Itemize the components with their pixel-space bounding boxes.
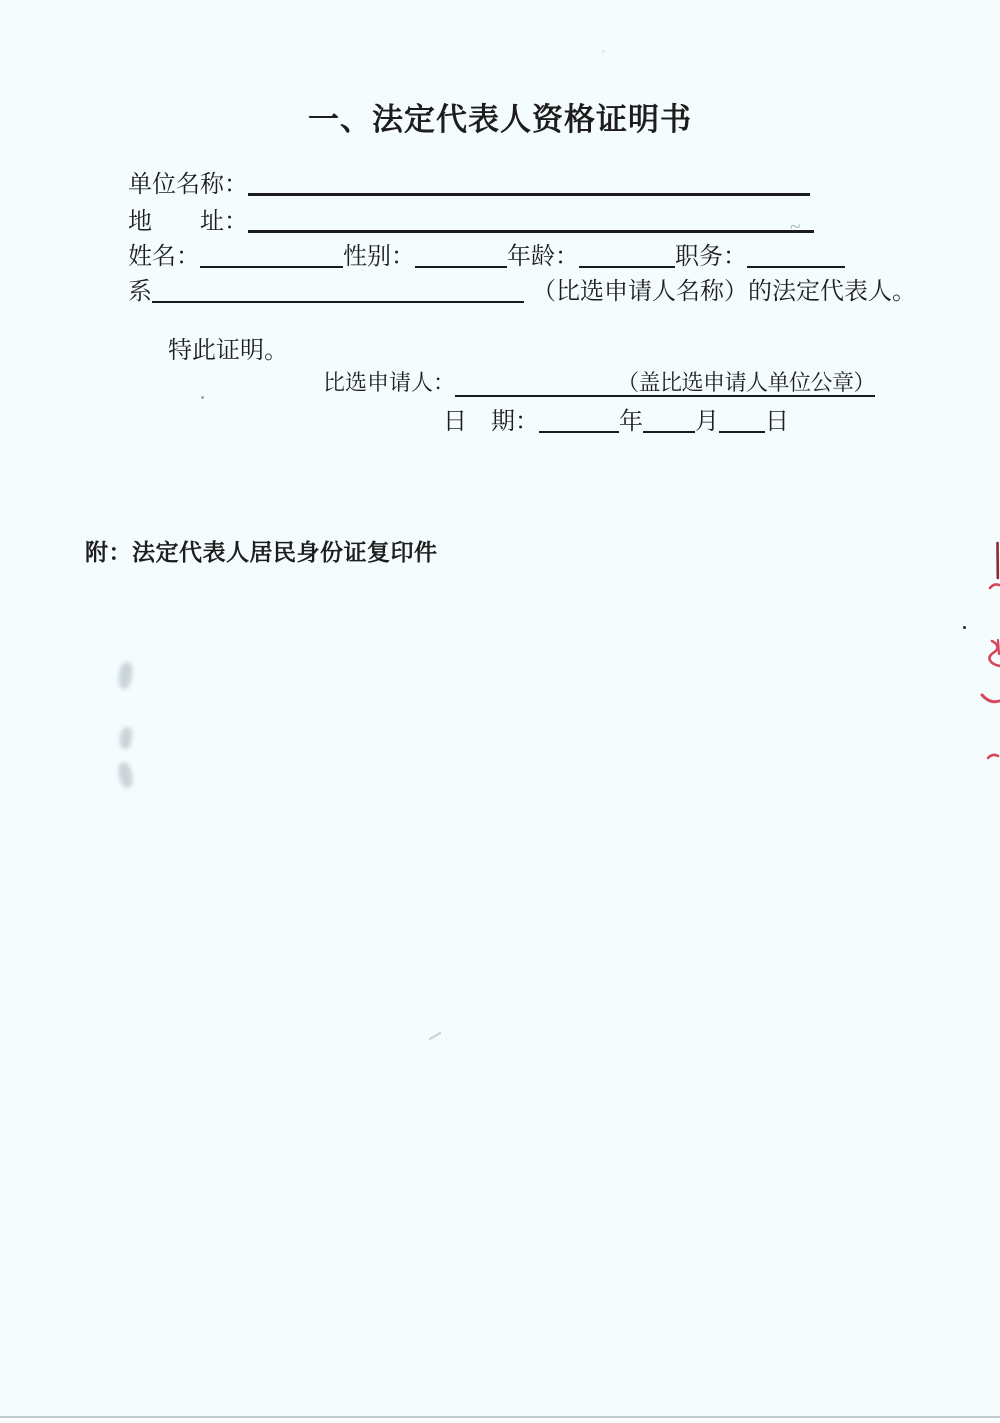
scan-speck: [201, 396, 204, 399]
age-label: 年龄：: [507, 244, 579, 270]
bleed-through-mark: [116, 761, 134, 789]
address-blank-line: [248, 209, 814, 233]
year-label: 年: [619, 409, 643, 435]
name-blank-line: [200, 244, 343, 268]
date-row: 日 期：年月日: [443, 407, 789, 437]
day-label: 日: [765, 409, 789, 435]
applicant-name-blank-line: [152, 279, 524, 303]
scanned-document-page: { "document": { "title": "一、法定代表人资格证明书",…: [0, 0, 1000, 1423]
gender-label: 性别：: [343, 244, 415, 270]
is-suffix-label: （比选申请人名称）的法定代表人。: [532, 279, 916, 305]
unit-name-row: 单位名称：: [128, 170, 810, 200]
gender-blank-line: [415, 244, 507, 268]
applicant-label: 比选申请人：: [323, 370, 455, 395]
scan-speck: [602, 50, 605, 53]
seal-note-label: （盖比选申请人单位公章）: [617, 370, 875, 395]
age-blank-line: [579, 244, 675, 268]
bleed-through-mark: [117, 661, 134, 690]
scan-background-strip: [0, 1418, 1000, 1423]
address-label: 地 址：: [128, 209, 248, 235]
applicant-blank-line: [455, 389, 617, 390]
date-month-blank: [643, 409, 695, 433]
bleed-through-mark: [119, 726, 134, 749]
date-year-blank: [539, 409, 619, 433]
page-title: 一、法定代表人资格证明书: [0, 101, 1000, 139]
month-label: 月: [695, 409, 719, 435]
attachment-note: 附：法定代表人居民身份证复印件: [85, 534, 438, 567]
person-info-row: 姓名：性别：年龄：职务：: [128, 242, 845, 272]
stray-red-ink-marks: [976, 540, 1000, 770]
attest-text: 特此证明。: [168, 338, 288, 364]
date-label: 日 期：: [443, 409, 539, 435]
applicant-signature-area: （盖比选申请人单位公章）: [455, 370, 875, 397]
representative-statement-row: 系（比选申请人名称）的法定代表人。: [128, 277, 916, 307]
name-label: 姓名：: [128, 244, 200, 270]
is-prefix-label: 系: [128, 279, 152, 305]
unit-name-blank-line: [248, 172, 810, 196]
position-label: 职务：: [675, 244, 747, 270]
date-day-blank: [719, 409, 765, 433]
applicant-seal-row: 比选申请人：（盖比选申请人单位公章）: [323, 368, 875, 398]
unit-name-label: 单位名称：: [128, 172, 248, 198]
position-blank-line: [747, 244, 845, 268]
address-row: 地 址：: [128, 207, 814, 237]
scan-speck: [963, 626, 966, 629]
scan-speck: [428, 1032, 441, 1041]
attest-line: 特此证明。: [168, 336, 288, 366]
pencil-mark: ~: [789, 215, 802, 239]
